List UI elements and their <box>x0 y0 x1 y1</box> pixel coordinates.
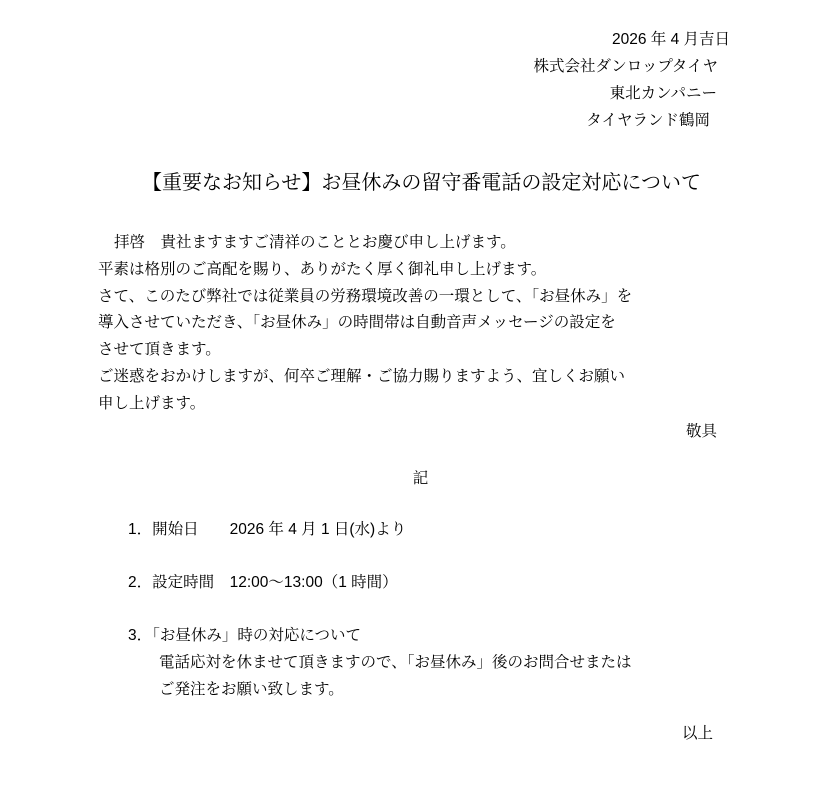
item-line: 2．設定時間 12:00～13:00（1 時間） <box>128 569 819 596</box>
company-division: 東北カンパニー <box>0 80 717 107</box>
notice-items: 1．開始日 2026 年 4 月 1 日(水)より 2．設定時間 12:00～1… <box>128 516 819 703</box>
letterhead: 2026 年 4 月吉日 株式会社ダンロップタイヤ 東北カンパニー タイヤランド… <box>0 0 819 134</box>
item-line: ご発注をお願い致します。 <box>128 676 819 703</box>
item-start-date: 1．開始日 2026 年 4 月 1 日(水)より <box>128 516 819 543</box>
body-line: 導入させていただき、「お昼休み」の時間帯は自動音声メッセージの設定を <box>98 310 819 337</box>
item-line: 3．「お昼休み」時の対応について <box>128 622 819 649</box>
item-lunch-response: 3．「お昼休み」時の対応について 電話応対を休ませて頂きますので、「お昼休み」後… <box>128 622 819 703</box>
company-branch: タイヤランド鶴岡 <box>0 107 710 134</box>
body-line: ご迷惑をおかけしますが、何卒ご理解・ご協力賜りますよう、宜しくお願い <box>98 364 819 391</box>
body-line: さて、このたび弊社では従業員の労務環境改善の一環として、「お昼休み」を <box>98 284 819 311</box>
body-line: 平素は格別のご高配を賜り、ありがたく厚く御礼申し上げます。 <box>98 257 819 284</box>
closing-keigu: 敬具 <box>0 418 717 445</box>
body-line: させて頂きます。 <box>98 337 819 364</box>
item-line: 1．開始日 2026 年 4 月 1 日(水)より <box>128 516 819 543</box>
item-set-time: 2．設定時間 12:00～13:00（1 時間） <box>128 569 819 596</box>
item-line: 電話応対を休ませて頂きますので、「お昼休み」後のお問合せまたは <box>128 649 819 676</box>
body-line: 申し上げます。 <box>98 391 819 418</box>
record-marker-ki: 記 <box>0 465 819 492</box>
letter-body: 拝啓 貴社ますますご清祥のこととお慶び申し上げます。 平素は格別のご高配を賜り、… <box>98 230 819 418</box>
letter-date: 2026 年 4 月吉日 <box>0 26 730 53</box>
letter-page: 2026 年 4 月吉日 株式会社ダンロップタイヤ 東北カンパニー タイヤランド… <box>0 0 819 806</box>
letter-title: 【重要なお知らせ】お昼休みの留守番電話の設定対応について <box>0 168 819 198</box>
body-line-greeting: 拝啓 貴社ますますご清祥のこととお慶び申し上げます。 <box>98 230 819 257</box>
end-marker-ijou: 以上 <box>0 720 713 747</box>
company-name: 株式会社ダンロップタイヤ <box>0 53 718 80</box>
